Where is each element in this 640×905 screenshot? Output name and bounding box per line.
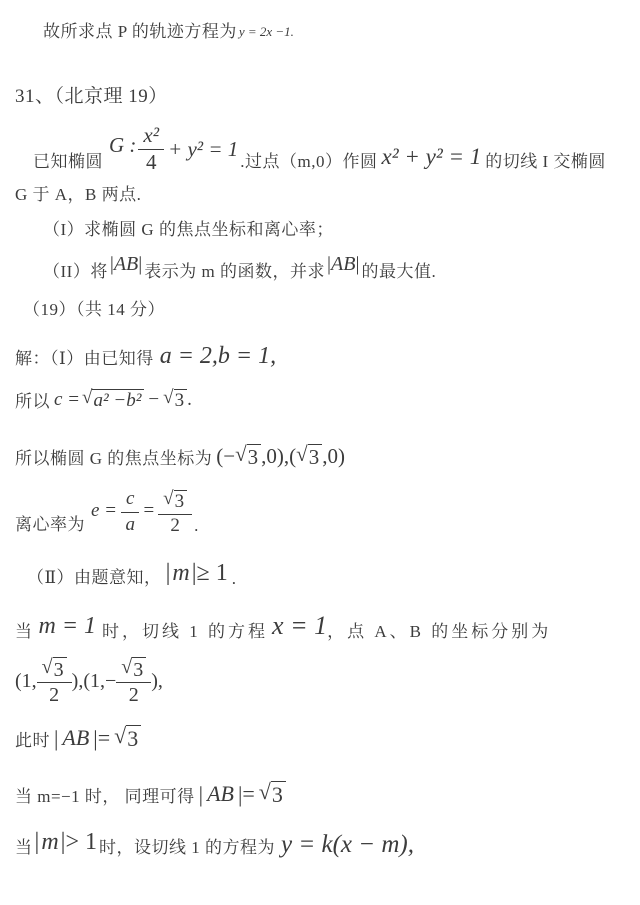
line-m-condition: （Ⅱ）由题意知， | m | ≥ 1 . — [27, 559, 236, 590]
suoyi-text: 所以 — [15, 390, 50, 414]
radicand: 3 — [132, 657, 146, 681]
through-point-text: .过点（m,0）作圆 — [240, 150, 377, 174]
focus-text: 所以椭圆 G 的焦点坐标为 — [15, 447, 212, 471]
fraction-denominator: 2 — [158, 514, 192, 537]
line-points-ab: G 于 A，B 两点. — [15, 183, 141, 207]
radicand: 3 — [247, 444, 262, 469]
coord-middle: ,0),( — [261, 444, 296, 469]
sqrt-3: √ 3 — [163, 388, 187, 412]
fraction-c-over-a: c a — [121, 488, 139, 537]
fraction-numerator: c — [121, 488, 139, 512]
line-score-note: （19）（共 14 分） — [23, 298, 165, 322]
tangent-equation: y = k(x − m), — [281, 830, 414, 860]
case-neg1-text: 当 m=−1 时， 同理可得 — [15, 785, 195, 809]
line-ab-coordinates: (1, √3 2 ),(1,− √3 2 ), — [15, 656, 163, 706]
fraction-denominator: 2 — [37, 682, 72, 706]
period: . — [232, 569, 236, 589]
part2-prefix: （II）将 — [43, 260, 108, 284]
part2-suffix: 的最大值. — [362, 260, 437, 284]
sqrt-3: √3 — [121, 656, 146, 681]
radical-sign: √ — [163, 489, 173, 510]
radical-sign: √ — [82, 388, 92, 409]
sqrt-3: √ 3 — [259, 780, 286, 807]
radicand: 3 — [271, 781, 286, 807]
when-text: 当 — [15, 836, 33, 860]
sqrt-3: √ 3 — [235, 443, 261, 469]
part2-middle: 表示为 m 的函数，并求 — [144, 260, 325, 284]
radicand: 3 — [308, 444, 323, 469]
fraction-numerator: √3 — [158, 489, 192, 514]
radical-sign: √ — [42, 656, 53, 678]
equals-sign: = — [143, 500, 154, 523]
trajectory-equation: y = 2x −1. — [239, 24, 294, 40]
fraction-denominator: 4 — [138, 149, 164, 174]
fraction-sqrt3-over-2: √3 2 — [116, 656, 151, 706]
m-equals-1-formula: m = 1 — [39, 612, 97, 641]
m-variable: m — [41, 828, 58, 857]
c-equals: c = — [54, 389, 80, 412]
fraction-numerator: x² — [138, 123, 164, 149]
coord-open: (1, — [15, 669, 37, 693]
cishi-text: 此时 — [15, 729, 50, 753]
minus-sign: − — [148, 389, 159, 412]
abs-bar: | — [166, 560, 171, 588]
circle-equation: x² + y² = 1 — [382, 143, 482, 171]
radical-sign: √ — [114, 724, 126, 748]
trajectory-text: 故所求点 P 的轨迹方程为 — [43, 20, 237, 44]
line-ab-length-case1: 此时 | AB | = √ 3 — [15, 724, 141, 753]
radicand: 3 — [174, 389, 188, 412]
fraction-numerator: √3 — [37, 656, 72, 682]
line-solution-ab-values: 解：（Ⅰ）由已知得 a = 2,b = 1, — [15, 342, 276, 371]
coords-of-ab-text: ，点 A、B 的坐标分别为 — [327, 620, 551, 644]
line-eccentricity: 离心率为 e = c a = √3 2 . — [15, 488, 198, 537]
solution-prefix: 解：（Ⅰ）由已知得 — [15, 347, 154, 371]
m-variable: m — [172, 559, 189, 588]
greater-one: > 1 — [65, 828, 97, 857]
radicand: a² −b² — [92, 389, 144, 412]
set-tangent-text: 时，设切线 1 的方程为 — [99, 836, 275, 860]
coord-open: (− — [216, 444, 235, 469]
when-text: 当 — [15, 620, 33, 644]
line-case-m-equals-1: 当 m = 1 时，切线 1 的方程 x = 1 ，点 A、B 的坐标分别为 — [15, 610, 551, 644]
fraction-sqrt3-over-2: √3 2 — [158, 489, 192, 537]
radical-sign: √ — [235, 443, 247, 466]
abs-bar: | — [199, 782, 203, 807]
sqrt-a2-b2: √ a² −b² — [82, 388, 144, 412]
line-c-value: 所以 c = √ a² −b² − √ 3 . — [15, 388, 192, 414]
ab-length-2: AB — [331, 252, 355, 276]
abs-bar: | — [138, 253, 142, 276]
sqrt-3: √3 — [163, 489, 187, 513]
fraction-denominator: 2 — [116, 682, 151, 706]
line-part2-question: （II）将 | AB | 表示为 m 的函数，并求 | AB | 的最大值. — [43, 252, 436, 284]
problem-number: 31、（北京理 19） — [15, 84, 168, 111]
radical-sign: √ — [259, 780, 271, 804]
line-focus-coordinates: 所以椭圆 G 的焦点坐标为 (− √ 3 ,0),( √ 3 ,0) — [15, 443, 345, 471]
period: . — [187, 389, 192, 412]
radical-sign: √ — [163, 388, 173, 409]
radical-sign: √ — [296, 443, 308, 466]
coord-close: ), — [151, 669, 163, 693]
abs-bar: | — [355, 253, 359, 276]
radicand: 3 — [126, 725, 141, 751]
fraction-numerator: √3 — [116, 656, 151, 682]
line-part1-question: （I）求椭圆 G 的焦点坐标和离心率； — [43, 218, 334, 242]
radical-sign: √ — [121, 656, 132, 678]
line-ellipse-intro: 已知椭圆 G : x² 4 + y² = 1 .过点（m,0）作圆 x² + y… — [33, 123, 606, 174]
part1-question-text: （I）求椭圆 G 的焦点坐标和离心率； — [43, 218, 334, 242]
x-equals-1-formula: x = 1 — [272, 610, 327, 641]
sqrt-3: √ 3 — [114, 724, 141, 751]
fraction-denominator: a — [121, 512, 139, 537]
line-problem-heading: 31、（北京理 19） — [15, 84, 168, 111]
sqrt-3: √ 3 — [296, 443, 322, 469]
part2-solution-prefix: （Ⅱ）由题意知， — [27, 566, 162, 590]
equals-sign: = — [98, 725, 110, 751]
line-case-m-equals-neg1: 当 m=−1 时， 同理可得 | AB | = √ 3 — [15, 780, 286, 809]
ellipse-equation-tail: + y² = 1 — [168, 137, 238, 162]
ellipse-intro-prefix: 已知椭圆 — [33, 150, 103, 174]
ellipse-g-label: G : — [109, 133, 136, 158]
ab-length: AB — [207, 781, 234, 807]
sqrt-3: √3 — [42, 656, 67, 681]
points-ab-text: G 于 A，B 两点. — [15, 183, 141, 207]
document-page: 故所求点 P 的轨迹方程为 y = 2x −1. 31、（北京理 19） 已知椭… — [0, 0, 640, 905]
fraction-sqrt3-over-2: √3 2 — [37, 656, 72, 706]
coord-close: ,0) — [322, 444, 345, 469]
tangent-intersect-text: 的切线 I 交椭圆 — [485, 150, 606, 174]
ab-length: AB — [62, 725, 89, 751]
geq-one: ≥ 1 — [197, 559, 228, 588]
score-note-text: （19）（共 14 分） — [23, 298, 165, 322]
fraction-x2-over-4: x² 4 — [138, 123, 164, 174]
e-equals: e = — [91, 500, 117, 523]
ab-values-formula: a = 2,b = 1, — [160, 342, 276, 371]
ab-length-1: AB — [114, 252, 138, 276]
abs-bar: | — [54, 726, 58, 751]
tangent-line-text: 时，切线 1 的方程 — [102, 620, 268, 644]
radicand: 3 — [174, 490, 188, 513]
radicand: 3 — [53, 657, 67, 681]
period: . — [194, 516, 198, 536]
eccentricity-text: 离心率为 — [15, 513, 85, 537]
abs-bar: | — [35, 829, 40, 857]
coord-middle: ),(1,− — [72, 669, 117, 693]
equals-sign: = — [242, 781, 254, 807]
line-case-m-greater-1: 当 | m | > 1 时，设切线 1 的方程为 y = k(x − m), — [15, 828, 414, 860]
line-trajectory-conclusion: 故所求点 P 的轨迹方程为 y = 2x −1. — [43, 20, 294, 44]
